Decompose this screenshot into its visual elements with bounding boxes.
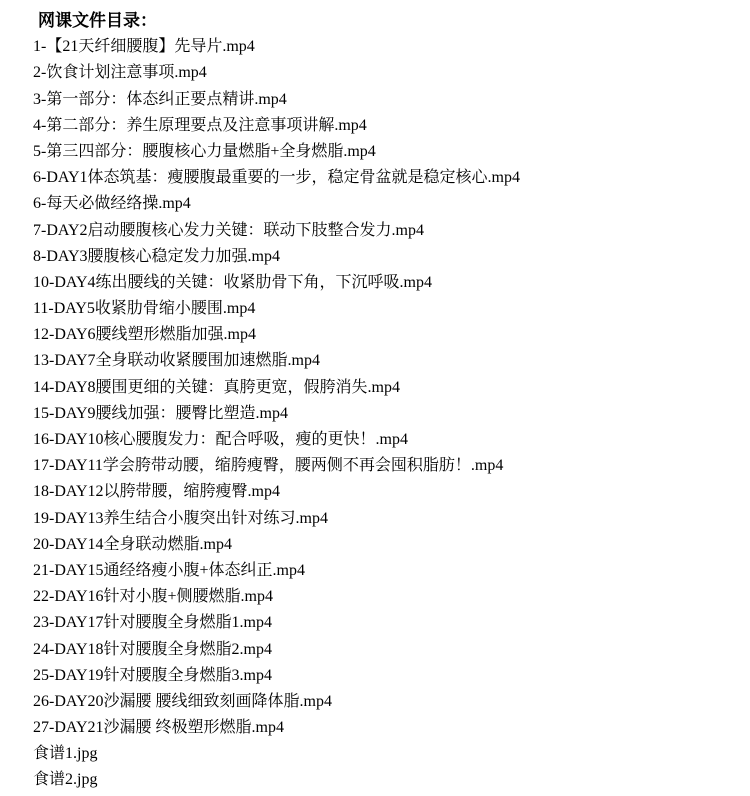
list-item: 11-DAY5收紧肋骨缩小腰围.mp4 bbox=[33, 296, 740, 322]
list-item: 5-第三四部分：腰腹核心力量燃脂+全身燃脂.mp4 bbox=[33, 139, 740, 165]
list-item: 22-DAY16针对小腹+侧腰燃脂.mp4 bbox=[33, 584, 740, 610]
list-item: 18-DAY12以胯带腰，缩胯瘦臀.mp4 bbox=[33, 479, 740, 505]
list-item: 6-每天必做经络操.mp4 bbox=[33, 191, 740, 217]
list-item: 8-DAY3腰腹核心稳定发力加强.mp4 bbox=[33, 244, 740, 270]
page-title: 网课文件目录： bbox=[33, 8, 740, 34]
list-item: 1-【21天纤细腰腹】先导片.mp4 bbox=[33, 34, 740, 60]
list-item: 10-DAY4练出腰线的关键：收紧肋骨下角，下沉呼吸.mp4 bbox=[33, 270, 740, 296]
list-item: 16-DAY10核心腰腹发力：配合呼吸，瘦的更快！.mp4 bbox=[33, 427, 740, 453]
list-item: 14-DAY8腰围更细的关键：真胯更宽，假胯消失.mp4 bbox=[33, 375, 740, 401]
list-item: 19-DAY13养生结合小腹突出针对练习.mp4 bbox=[33, 506, 740, 532]
list-item: 25-DAY19针对腰腹全身燃脂3.mp4 bbox=[33, 663, 740, 689]
list-item: 26-DAY20沙漏腰 腰线细致刻画降体脂.mp4 bbox=[33, 689, 740, 715]
list-item: 3-第一部分：体态纠正要点精讲.mp4 bbox=[33, 87, 740, 113]
list-item: 食谱1.jpg bbox=[33, 741, 740, 767]
list-item: 17-DAY11学会胯带动腰，缩胯瘦臀，腰两侧不再会囤积脂肪！.mp4 bbox=[33, 453, 740, 479]
list-item: 食谱2.jpg bbox=[33, 767, 740, 793]
list-item: 21-DAY15通经络瘦小腹+体态纠正.mp4 bbox=[33, 558, 740, 584]
list-item: 7-DAY2启动腰腹核心发力关键：联动下肢整合发力.mp4 bbox=[33, 218, 740, 244]
list-item: 15-DAY9腰线加强：腰臀比塑造.mp4 bbox=[33, 401, 740, 427]
list-item: 12-DAY6腰线塑形燃脂加强.mp4 bbox=[33, 322, 740, 348]
list-item: 13-DAY7全身联动收紧腰围加速燃脂.mp4 bbox=[33, 348, 740, 374]
list-item: 24-DAY18针对腰腹全身燃脂2.mp4 bbox=[33, 637, 740, 663]
list-item: 23-DAY17针对腰腹全身燃脂1.mp4 bbox=[33, 610, 740, 636]
list-item: 2-饮食计划注意事项.mp4 bbox=[33, 60, 740, 86]
list-item: 4-第二部分：养生原理要点及注意事项讲解.mp4 bbox=[33, 113, 740, 139]
course-file-directory: 网课文件目录： 1-【21天纤细腰腹】先导片.mp42-饮食计划注意事项.mp4… bbox=[0, 0, 750, 796]
list-item: 27-DAY21沙漏腰 终极塑形燃脂.mp4 bbox=[33, 715, 740, 741]
list-item: 20-DAY14全身联动燃脂.mp4 bbox=[33, 532, 740, 558]
file-list: 1-【21天纤细腰腹】先导片.mp42-饮食计划注意事项.mp43-第一部分：体… bbox=[33, 34, 740, 793]
list-item: 6-DAY1体态筑基：瘦腰腹最重要的一步，稳定骨盆就是稳定核心.mp4 bbox=[33, 165, 740, 191]
